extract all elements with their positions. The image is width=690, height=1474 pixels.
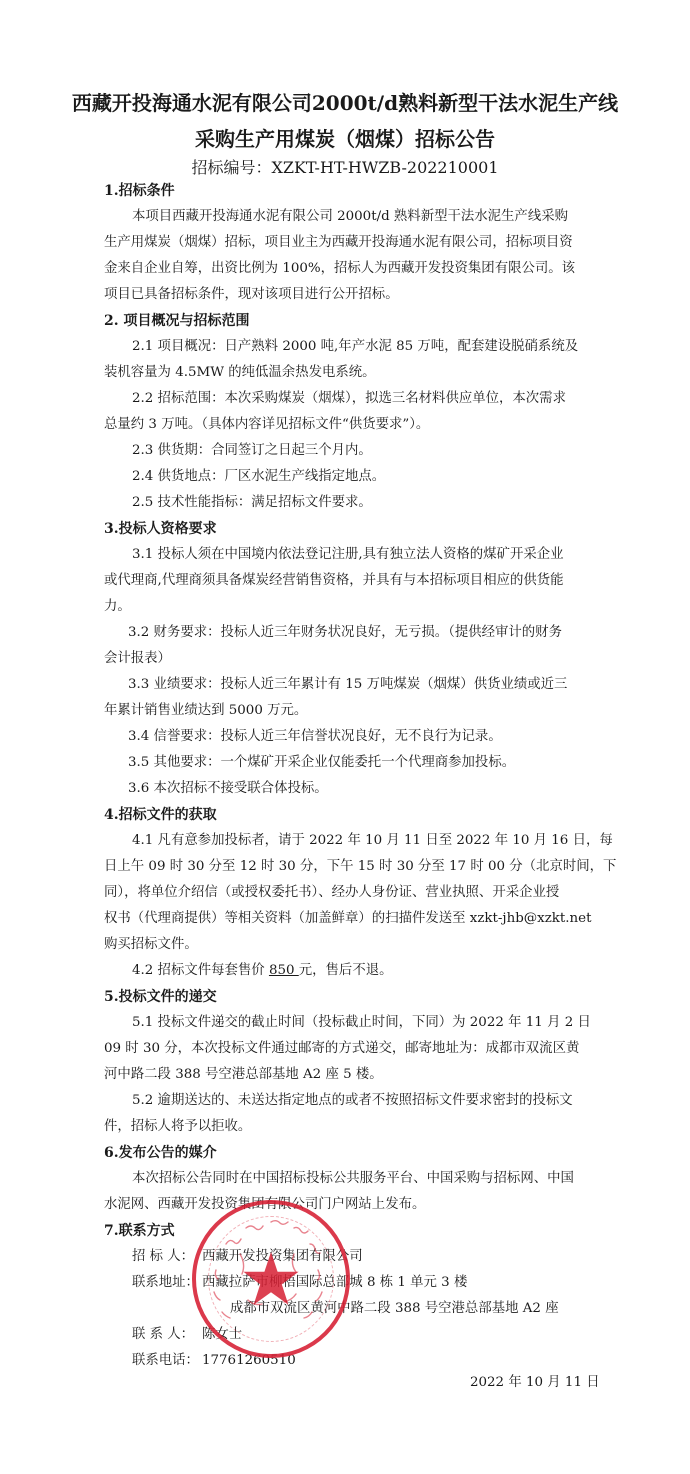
phone-label: 联系电话： bbox=[132, 1348, 202, 1374]
paragraph-line: 件，招标人将予以拒收。 bbox=[104, 1114, 586, 1140]
person-value: 陈女士 bbox=[202, 1327, 242, 1342]
paragraph-line-with-email: 权书（代理商提供）等相关资料（加盖鲜章）的扫描件发送至 xzkt-jhb@xzk… bbox=[104, 906, 586, 932]
section-heading: 7.联系方式 bbox=[104, 1218, 586, 1244]
section-heading: 2. 项目概况与招标范围 bbox=[104, 308, 586, 334]
document-title-line-1: 西藏开投海通水泥有限公司2000t/d熟料新型干法水泥生产线 bbox=[0, 87, 690, 116]
paragraph-line: 本项目西藏开投海通水泥有限公司 2000t/d 熟料新型干法水泥生产线采购 bbox=[104, 204, 586, 230]
section-submission: 5.投标文件的递交 5.1 投标文件递交的截止时间（投标截止时间，下同）为 20… bbox=[104, 984, 586, 1140]
address-label: 联系地址： bbox=[132, 1270, 202, 1296]
document-body: 1.招标条件 本项目西藏开投海通水泥有限公司 2000t/d 熟料新型干法水泥生… bbox=[104, 178, 586, 1374]
paragraph-line: 同），将单位介绍信（或授权委托书）、经办人身份证、营业执照、开采企业授 bbox=[104, 880, 586, 906]
paragraph-line: 5.1 投标文件递交的截止时间（投标截止时间，下同）为 2022 年 11 月 … bbox=[104, 1010, 586, 1036]
section-heading: 1.招标条件 bbox=[104, 178, 586, 204]
price-suffix: 元，售后不退。 bbox=[299, 963, 393, 978]
paragraph-line: 3.2 财务要求：投标人近三年财务状况良好，无亏损。（提供经审计的财务 bbox=[104, 620, 586, 646]
section-contact: 7.联系方式 招 标 人：西藏开发投资集团有限公司 联系地址：西藏拉萨市柳梧国际… bbox=[104, 1218, 586, 1374]
section-heading: 3.投标人资格要求 bbox=[104, 516, 586, 542]
paragraph-line: 水泥网、西藏开发投资集团有限公司门户网站上发布。 bbox=[104, 1192, 586, 1218]
paragraph-line: 2.2 招标范围：本次采购煤炭（烟煤），拟选三名材料供应单位，本次需求 bbox=[104, 386, 586, 412]
paragraph-line: 2.1 项目概况：日产熟料 2000 吨,年产水泥 85 万吨，配套建设脱硝系统… bbox=[104, 334, 586, 360]
paragraph-line: 力。 bbox=[104, 594, 586, 620]
paragraph-line: 2.5 技术性能指标：满足招标文件要求。 bbox=[104, 490, 586, 516]
tender-announcement-page: 西藏开投海通水泥有限公司2000t/d熟料新型干法水泥生产线 采购生产用煤炭（烟… bbox=[0, 0, 690, 1474]
section-project-overview: 2. 项目概况与招标范围 2.1 项目概况：日产熟料 2000 吨,年产水泥 8… bbox=[104, 308, 586, 516]
paragraph-line: 年累计销售业绩达到 5000 万元。 bbox=[104, 698, 586, 724]
address-value-1: 西藏拉萨市柳梧国际总部城 8 栋 1 单元 3 楼 bbox=[202, 1275, 467, 1290]
paragraph-line: 3.6 本次招标不接受联合体投标。 bbox=[104, 776, 586, 802]
section-publication-media: 6.发布公告的媒介 本次招标公告同时在中国招标投标公共服务平台、中国采购与招标网… bbox=[104, 1140, 586, 1218]
contact-address: 联系地址：西藏拉萨市柳梧国际总部城 8 栋 1 单元 3 楼 bbox=[104, 1270, 586, 1296]
paragraph-line: 生产用煤炭（烟煤）招标，项目业主为西藏开投海通水泥有限公司，招标项目资 bbox=[104, 230, 586, 256]
paragraph-line: 金来自企业自筹，出资比例为 100%，招标人为西藏开发投资集团有限公司。该 bbox=[104, 256, 586, 282]
price-line: 4.2 招标文件每套售价 850 元，售后不退。 bbox=[104, 958, 586, 984]
tenderer-label: 招 标 人： bbox=[132, 1244, 202, 1270]
paragraph-line: 会计报表） bbox=[104, 646, 586, 672]
paragraph-line: 3.1 投标人须在中国境内依法登记注册,具有独立法人资格的煤矿开采企业 bbox=[104, 542, 586, 568]
paragraph-line: 2.3 供货期：合同签订之日起三个月内。 bbox=[104, 438, 586, 464]
phone-value: 17761260510 bbox=[202, 1353, 296, 1368]
price-prefix: 4.2 招标文件每套售价 bbox=[132, 963, 269, 978]
paragraph-line: 4.1 凡有意参加投标者，请于 2022 年 10 月 11 日至 2022 年… bbox=[104, 828, 586, 854]
section-obtaining-documents: 4.招标文件的获取 4.1 凡有意参加投标者，请于 2022 年 10 月 11… bbox=[104, 802, 586, 984]
contact-address-2: 成都市双流区黄河中路二段 388 号空港总部基地 A2 座 bbox=[104, 1296, 586, 1322]
section-bidding-conditions: 1.招标条件 本项目西藏开投海通水泥有限公司 2000t/d 熟料新型干法水泥生… bbox=[104, 178, 586, 308]
paragraph-line: 装机容量为 4.5MW 的纯低温余热发电系统。 bbox=[104, 360, 586, 386]
person-label: 联 系 人： bbox=[132, 1322, 202, 1348]
section-heading: 6.发布公告的媒介 bbox=[104, 1140, 586, 1166]
paragraph-line: 河中路二段 388 号空港总部基地 A2 座 5 楼。 bbox=[104, 1062, 586, 1088]
paragraph-line: 09 时 30 分，本次投标文件通过邮寄的方式递交，邮寄地址为：成都市双流区黄 bbox=[104, 1036, 586, 1062]
contact-person: 联 系 人：陈女士 bbox=[104, 1322, 586, 1348]
paragraph-line: 3.4 信誉要求：投标人近三年信誉状况良好，无不良行为记录。 bbox=[104, 724, 586, 750]
section-bidder-qualifications: 3.投标人资格要求 3.1 投标人须在中国境内依法登记注册,具有独立法人资格的煤… bbox=[104, 516, 586, 802]
announcement-date: 2022 年 10 月 11 日 bbox=[470, 1371, 586, 1390]
paragraph-line: 日上午 09 时 30 分至 12 时 30 分，下午 15 时 30 分至 1… bbox=[104, 854, 586, 880]
paragraph-line: 购买招标文件。 bbox=[104, 932, 586, 958]
paragraph-line: 项目已具备招标条件，现对该项目进行公开招标。 bbox=[104, 282, 586, 308]
document-price: 850 bbox=[269, 963, 299, 978]
paragraph-line: 总量约 3 万吨。（具体内容详见招标文件“供货要求”）。 bbox=[104, 412, 586, 438]
tenderer-value: 西藏开发投资集团有限公司 bbox=[202, 1249, 363, 1264]
paragraph-line: 3.5 其他要求：一个煤矿开采企业仅能委托一个代理商参加投标。 bbox=[104, 750, 586, 776]
paragraph-line: 3.3 业绩要求：投标人近三年累计有 15 万吨煤炭（烟煤）供货业绩或近三 bbox=[104, 672, 586, 698]
section-heading: 5.投标文件的递交 bbox=[104, 984, 586, 1010]
contact-tenderer: 招 标 人：西藏开发投资集团有限公司 bbox=[104, 1244, 586, 1270]
paragraph-line: 或代理商,代理商须具备煤炭经营销售资格，并具有与本招标项目相应的供货能 bbox=[104, 568, 586, 594]
paragraph-line: 本次招标公告同时在中国招标投标公共服务平台、中国采购与招标网、中国 bbox=[104, 1166, 586, 1192]
document-title-line-2: 采购生产用煤炭（烟煤）招标公告 bbox=[0, 123, 690, 152]
paragraph-line: 2.4 供货地点：厂区水泥生产线指定地点。 bbox=[104, 464, 586, 490]
bid-number: 招标编号：XZKT-HT-HWZB-202210001 bbox=[0, 155, 690, 178]
address-value-2: 成都市双流区黄河中路二段 388 号空港总部基地 A2 座 bbox=[132, 1301, 559, 1316]
paragraph-line: 5.2 逾期送达的、未送达指定地点的或者不按照招标文件要求密封的投标文 bbox=[104, 1088, 586, 1114]
section-heading: 4.招标文件的获取 bbox=[104, 802, 586, 828]
